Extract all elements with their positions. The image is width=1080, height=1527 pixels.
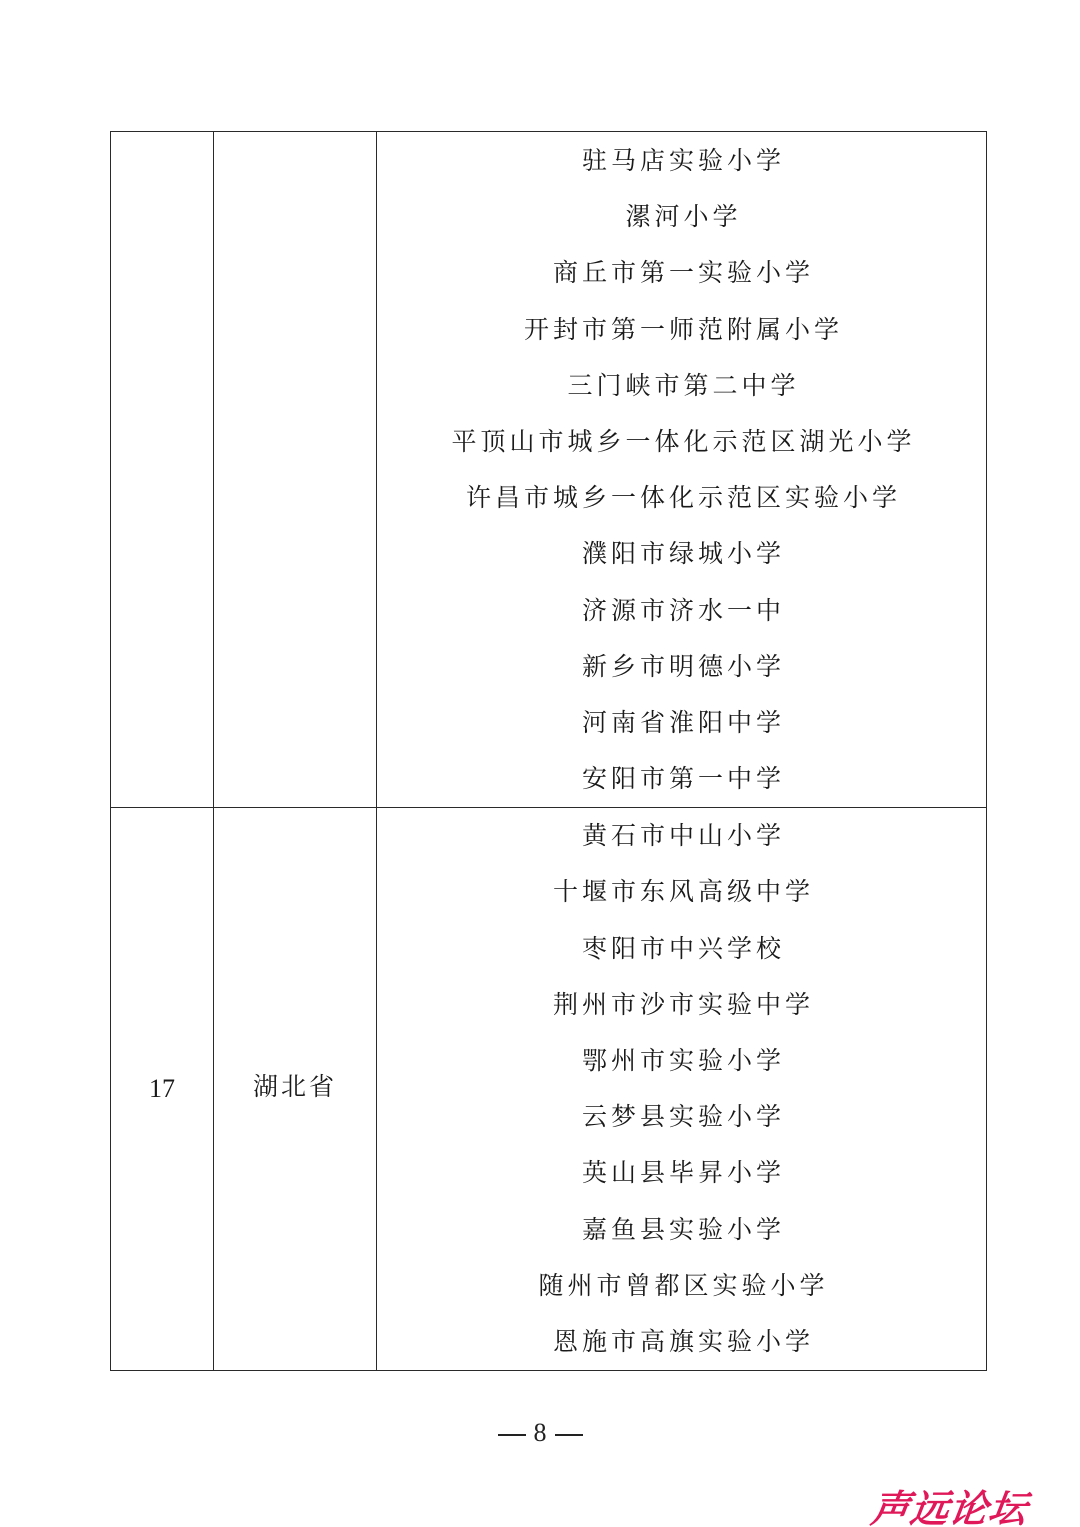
school-item: 荆州市沙市实验中学 xyxy=(377,977,986,1033)
school-item: 新乡市明德小学 xyxy=(377,639,986,695)
school-item: 三门峡市第二中学 xyxy=(377,358,986,414)
school-item: 漯河小学 xyxy=(377,189,986,245)
school-item: 鄂州市实验小学 xyxy=(377,1033,986,1089)
school-item: 驻马店实验小学 xyxy=(377,133,986,189)
school-item: 商丘市第一实验小学 xyxy=(377,245,986,301)
schools-cell: 黄石市中山小学 十堰市东风高级中学 枣阳市中兴学校 荆州市沙市实验中学 鄂州市实… xyxy=(377,808,987,1371)
watermark-logo: 声远论坛 xyxy=(868,1478,1032,1527)
school-item: 随州市曾都区实验小学 xyxy=(377,1258,986,1314)
school-item: 恩施市高旗实验小学 xyxy=(377,1314,986,1370)
dash-right xyxy=(555,1434,583,1436)
schools-table: 驻马店实验小学 漯河小学 商丘市第一实验小学 开封市第一师范附属小学 三门峡市第… xyxy=(110,131,987,1371)
school-item: 安阳市第一中学 xyxy=(377,751,986,807)
page-number-value: 8 xyxy=(534,1418,547,1447)
school-item: 英山县毕昇小学 xyxy=(377,1145,986,1201)
schools-cell: 驻马店实验小学 漯河小学 商丘市第一实验小学 开封市第一师范附属小学 三门峡市第… xyxy=(377,132,987,808)
school-item: 河南省淮阳中学 xyxy=(377,695,986,751)
school-list: 驻马店实验小学 漯河小学 商丘市第一实验小学 开封市第一师范附属小学 三门峡市第… xyxy=(377,132,986,807)
school-item: 嘉鱼县实验小学 xyxy=(377,1202,986,1258)
row-number: 17 xyxy=(111,808,214,1371)
row-number xyxy=(111,132,214,808)
school-item: 十堰市东风高级中学 xyxy=(377,864,986,920)
school-item: 许昌市城乡一体化示范区实验小学 xyxy=(377,470,986,526)
school-item: 平顶山市城乡一体化示范区湖光小学 xyxy=(377,414,986,470)
province-name xyxy=(214,128,377,804)
table-row: 17 湖北省 黄石市中山小学 十堰市东风高级中学 枣阳市中兴学校 荆州市沙市实验… xyxy=(111,808,987,1371)
school-item: 黄石市中山小学 xyxy=(377,808,986,864)
province-name: 湖北省 xyxy=(214,804,377,1367)
school-item: 济源市济水一中 xyxy=(377,583,986,639)
table-row: 驻马店实验小学 漯河小学 商丘市第一实验小学 开封市第一师范附属小学 三门峡市第… xyxy=(111,132,987,808)
school-list: 黄石市中山小学 十堰市东风高级中学 枣阳市中兴学校 荆州市沙市实验中学 鄂州市实… xyxy=(377,808,986,1370)
school-item: 枣阳市中兴学校 xyxy=(377,921,986,977)
dash-left xyxy=(498,1434,526,1436)
school-item: 云梦县实验小学 xyxy=(377,1089,986,1145)
school-item: 濮阳市绿城小学 xyxy=(377,526,986,582)
school-item: 开封市第一师范附属小学 xyxy=(377,302,986,358)
page-number: 8 xyxy=(0,1418,1080,1448)
